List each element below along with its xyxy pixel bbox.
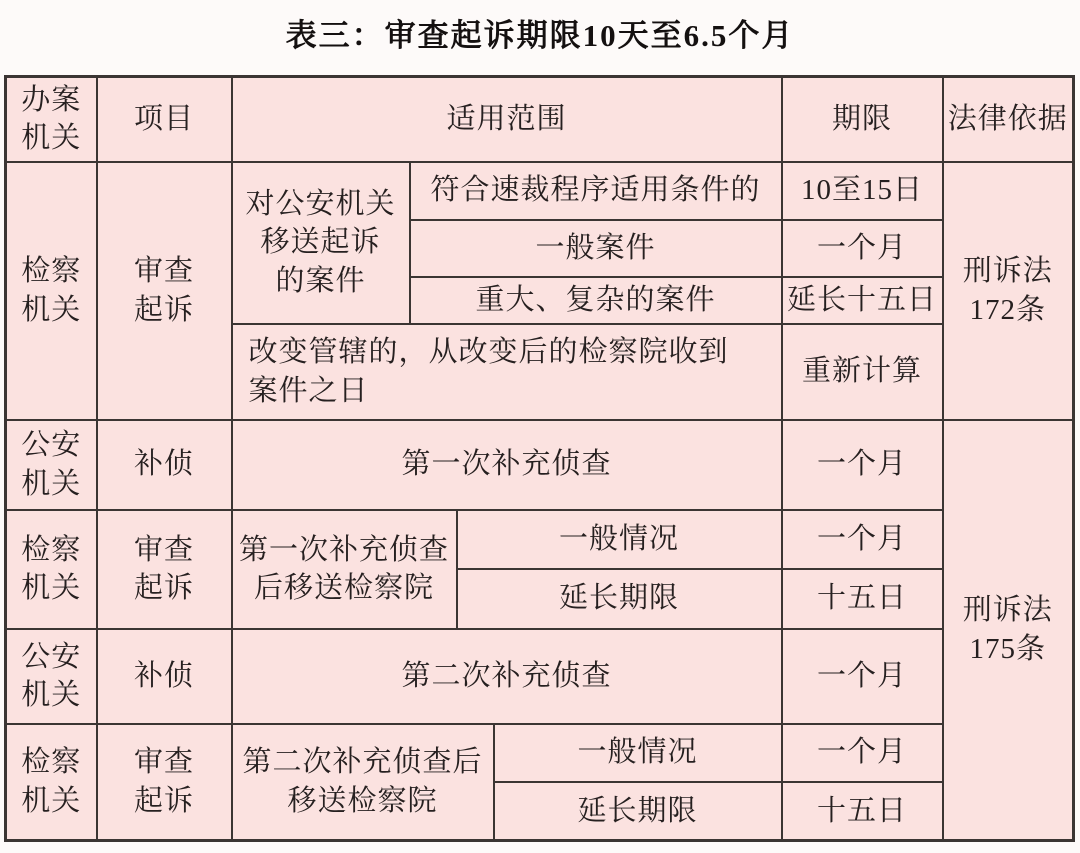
cell-sec1-legal-basis: 刑诉法 172条 — [943, 162, 1074, 420]
cell-sec1-organ: 检察 机关 — [6, 162, 97, 420]
cell-sec5-r2-scope: 延长期限 — [494, 782, 782, 841]
cell-sec4-organ: 公安 机关 — [6, 629, 97, 724]
cell-sec3-r2-scope: 延长期限 — [457, 569, 782, 629]
header-cell-item: 项目 — [97, 77, 232, 162]
cell-sec1-r3-period: 延长十五日 — [782, 277, 943, 324]
cell-sec3-item: 审查 起诉 — [97, 510, 232, 629]
row-sec2-first-supplementary: 公安 机关 补侦 第一次补充侦查 一个月 刑诉法 175条 — [6, 420, 1074, 510]
cell-sec1-r2-scope: 一般案件 — [410, 220, 782, 277]
cell-sec1-r4-period: 重新计算 — [782, 324, 943, 420]
cell-sec4-period: 一个月 — [782, 629, 943, 724]
cell-sec2-organ: 公安 机关 — [6, 420, 97, 510]
cell-sec1-r1-period: 10至15日 — [782, 162, 943, 220]
cell-sec5-r2-period: 十五日 — [782, 782, 943, 841]
cell-sec5-scope-group: 第二次补充侦查后 移送检察院 — [232, 724, 494, 841]
cell-sec3-organ: 检察 机关 — [6, 510, 97, 629]
header-cell-period: 期限 — [782, 77, 943, 162]
row-sec4-second-supplementary: 公安 机关 补侦 第二次补充侦查 一个月 — [6, 629, 1074, 724]
cell-legal-basis-175: 刑诉法 175条 — [943, 420, 1074, 841]
cell-sec1-r2-period: 一个月 — [782, 220, 943, 277]
header-row: 办案 机关 项目 适用范围 期限 法律依据 — [6, 77, 1074, 162]
cell-sec3-r1-scope: 一般情况 — [457, 510, 782, 569]
cell-sec5-organ: 检察 机关 — [6, 724, 97, 841]
cell-sec3-r2-period: 十五日 — [782, 569, 943, 629]
cell-sec5-r1-period: 一个月 — [782, 724, 943, 782]
row-sec1-expedited: 检察 机关 审查 起诉 对公安机关 移送起诉 的案件 符合速裁程序适用条件的 1… — [6, 162, 1074, 220]
cell-sec2-scope: 第一次补充侦查 — [232, 420, 782, 510]
cell-sec3-scope-group: 第一次补充侦查 后移送检察院 — [232, 510, 457, 629]
cell-sec1-r3-scope: 重大、复杂的案件 — [410, 277, 782, 324]
cell-sec2-period: 一个月 — [782, 420, 943, 510]
cell-sec5-r1-scope: 一般情况 — [494, 724, 782, 782]
row-sec5-general: 检察 机关 审查 起诉 第二次补充侦查后 移送检察院 一般情况 一个月 — [6, 724, 1074, 782]
cell-sec1-r1-scope: 符合速裁程序适用条件的 — [410, 162, 782, 220]
table-title: 表三：审查起诉期限10天至6.5个月 — [0, 10, 1080, 55]
header-cell-case-organ: 办案 机关 — [6, 77, 97, 162]
prosecution-period-table: 办案 机关 项目 适用范围 期限 法律依据 检察 机关 审查 起诉 对公安机关 … — [4, 75, 1075, 842]
row-sec3-general: 检察 机关 审查 起诉 第一次补充侦查 后移送检察院 一般情况 一个月 — [6, 510, 1074, 569]
cell-sec1-r4-scope: 改变管辖的，从改变后的检察院收到 案件之日 — [232, 324, 782, 420]
header-cell-legal-basis: 法律依据 — [943, 77, 1074, 162]
cell-sec2-item: 补侦 — [97, 420, 232, 510]
cell-sec1-scope-group: 对公安机关 移送起诉 的案件 — [232, 162, 410, 324]
document-page: 表三：审查起诉期限10天至6.5个月 办案 机关 项目 适用范围 期限 法律依据… — [0, 0, 1080, 853]
header-cell-scope: 适用范围 — [232, 77, 782, 162]
cell-sec5-item: 审查 起诉 — [97, 724, 232, 841]
cell-sec1-item: 审查 起诉 — [97, 162, 232, 420]
cell-sec4-item: 补侦 — [97, 629, 232, 724]
cell-sec3-r1-period: 一个月 — [782, 510, 943, 569]
cell-sec4-scope: 第二次补充侦查 — [232, 629, 782, 724]
